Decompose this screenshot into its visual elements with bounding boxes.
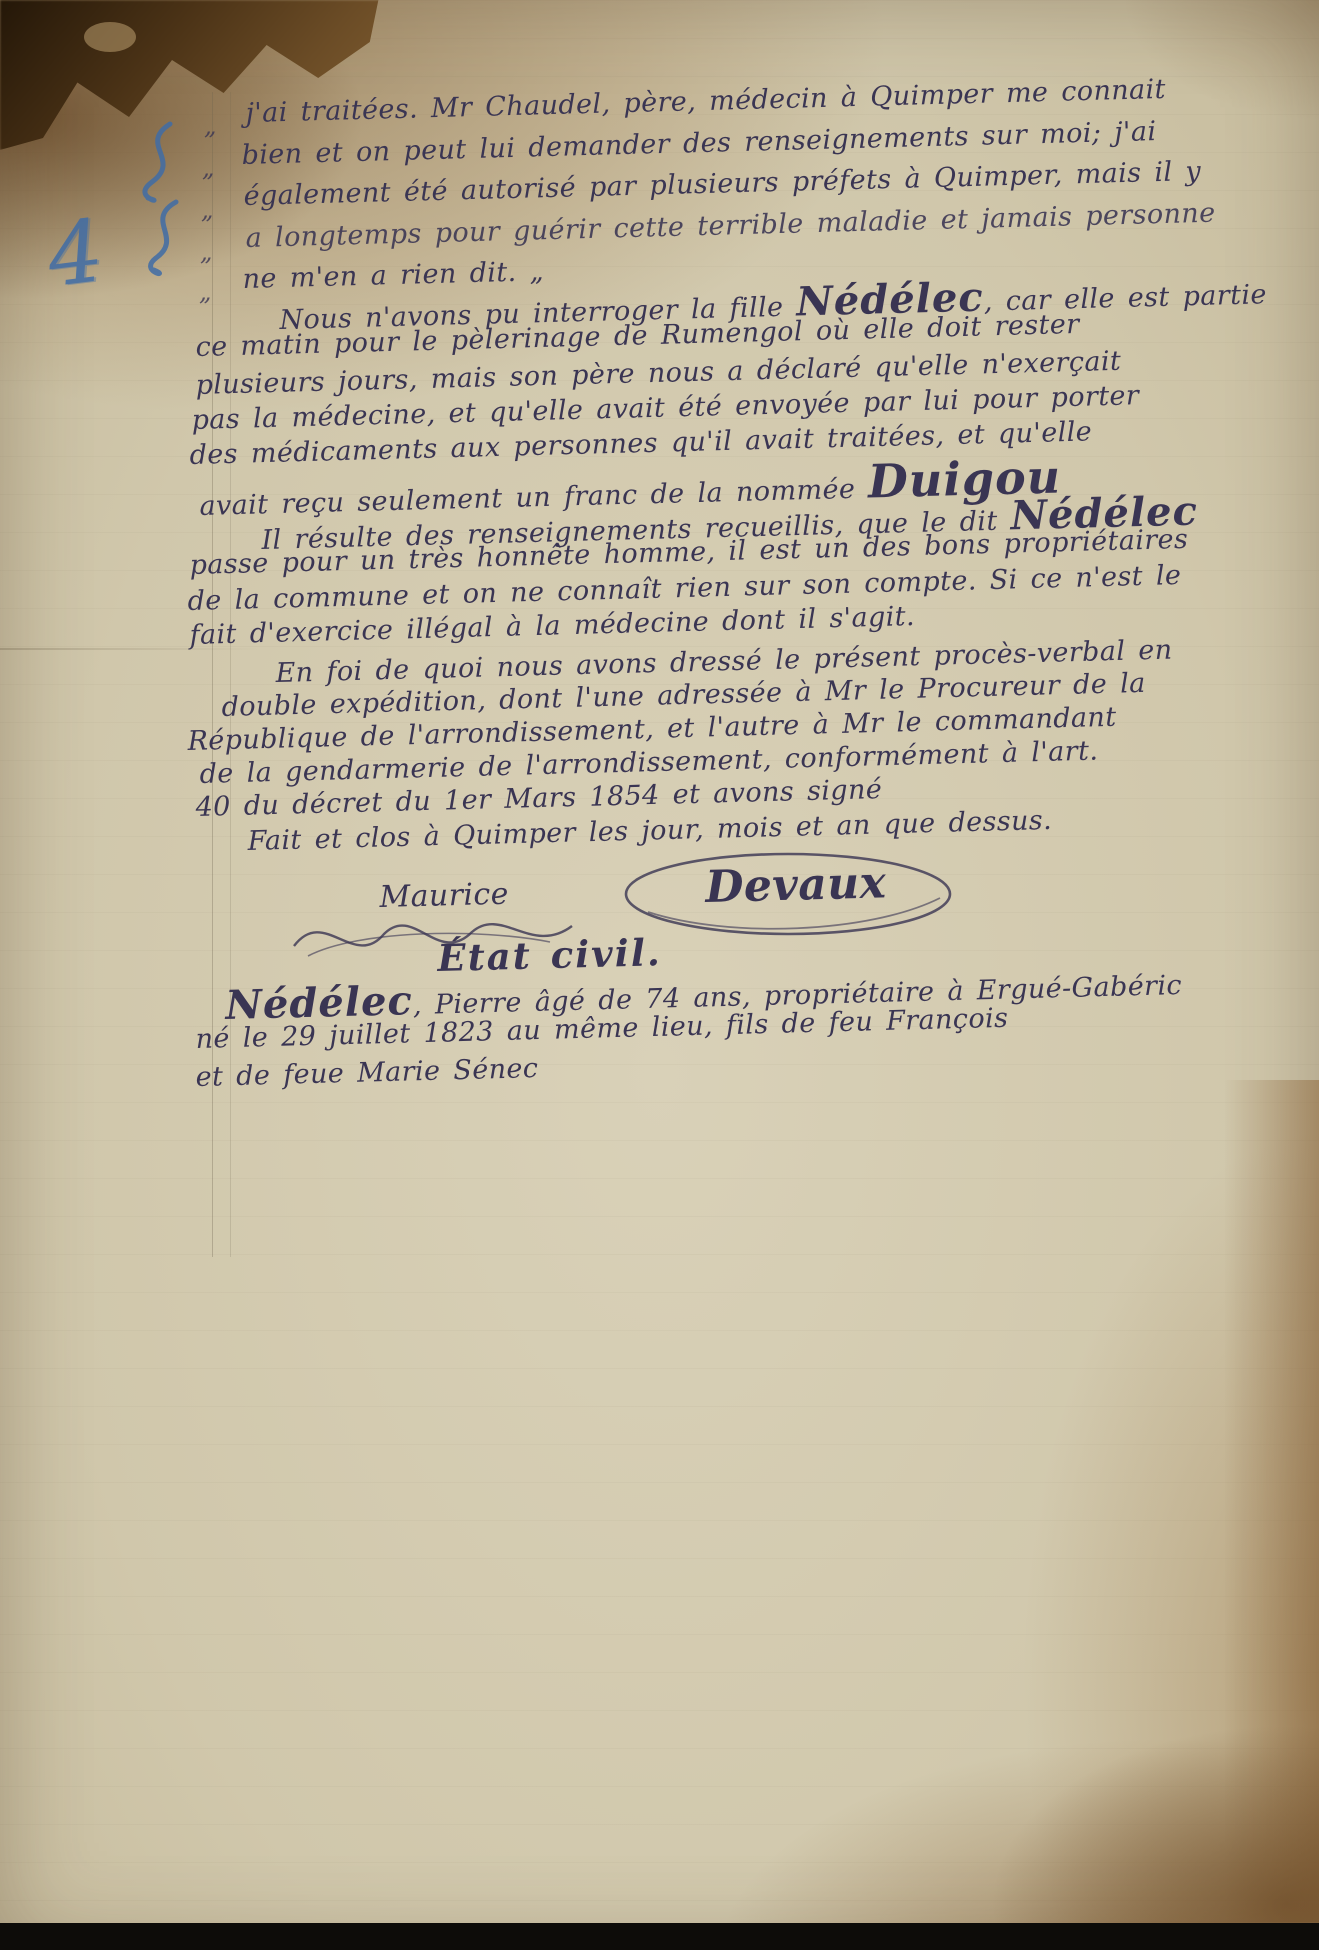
margin-quote-mark: „ xyxy=(202,154,214,182)
margin-quote-mark: „ xyxy=(200,238,212,266)
signature-left: Maurice xyxy=(379,877,509,915)
manuscript-page: 4 „ „ „ „ „ j'ai traitées. Mr Chaudel, p… xyxy=(0,0,1319,1950)
margin-quote-mark: „ xyxy=(201,196,213,224)
margin-quote-mark: „ xyxy=(204,112,216,140)
blue-pencil-page-number: 4 xyxy=(42,201,108,307)
bottom-right-stain xyxy=(989,1724,1319,1924)
blue-pencil-squiggle-icon xyxy=(118,120,198,280)
scan-edge-bar xyxy=(0,1923,1319,1950)
manuscript-line: et de feue Marie Sénec xyxy=(195,1053,538,1093)
signature-right: Devaux xyxy=(705,857,887,913)
torn-paper-gap xyxy=(84,22,136,52)
margin-quote-mark: „ xyxy=(199,278,211,306)
